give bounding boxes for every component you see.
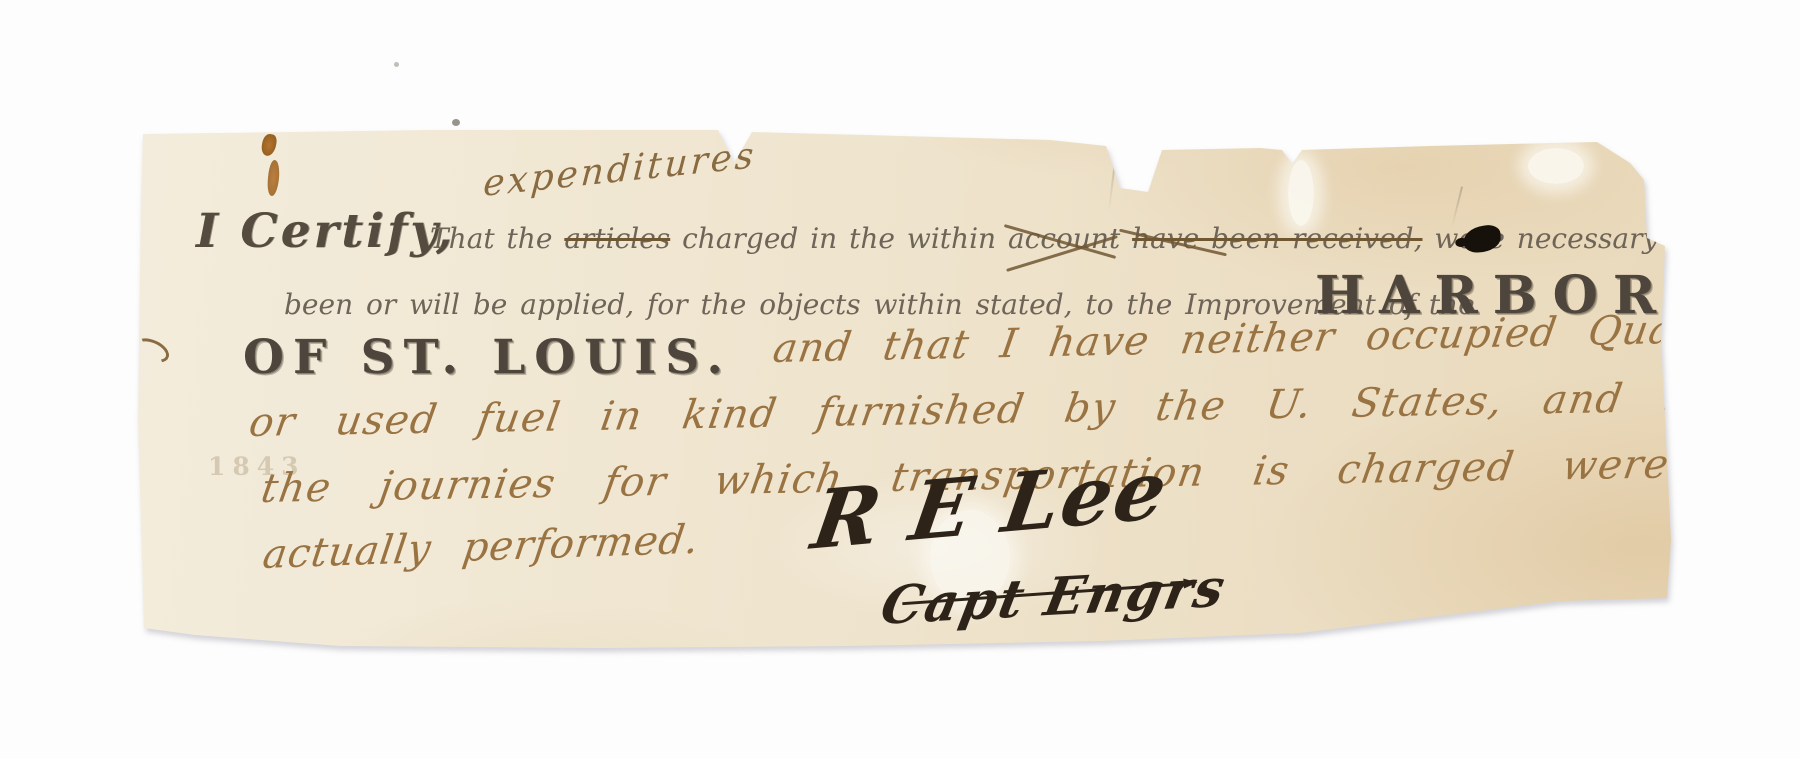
paper-crease-left — [1108, 145, 1118, 211]
handwritten-insertion: expenditures — [482, 135, 758, 205]
dust-speck-1 — [452, 119, 460, 126]
dust-speck-2 — [394, 62, 399, 67]
photo-canvas: 1843 I Certify, That the articles charge… — [0, 0, 1800, 759]
line1-struck-word: articles — [564, 222, 670, 255]
certify-lead-word: I Certify, — [196, 204, 455, 259]
signature-rank: Capt Engrs — [876, 557, 1232, 637]
rust-stain-upper — [260, 133, 278, 157]
handwritten-line-6: actually performed. — [260, 517, 702, 578]
abrasion-patch-top-tear — [1288, 160, 1314, 226]
rust-stain-lower — [266, 160, 281, 197]
margin-pen-mark — [131, 334, 172, 368]
st-louis-display-word: OF ST. LOUIS. — [243, 330, 732, 385]
line1-segment-a: That the — [430, 222, 552, 255]
line1-struck-phrase: have been received, — [1132, 222, 1422, 255]
paper-shadow-wrap: 1843 I Certify, That the articles charge… — [0, 0, 1800, 759]
abrasion-patch-top-right — [1528, 148, 1584, 184]
document-paper: 1843 I Certify, That the articles charge… — [0, 0, 1800, 759]
